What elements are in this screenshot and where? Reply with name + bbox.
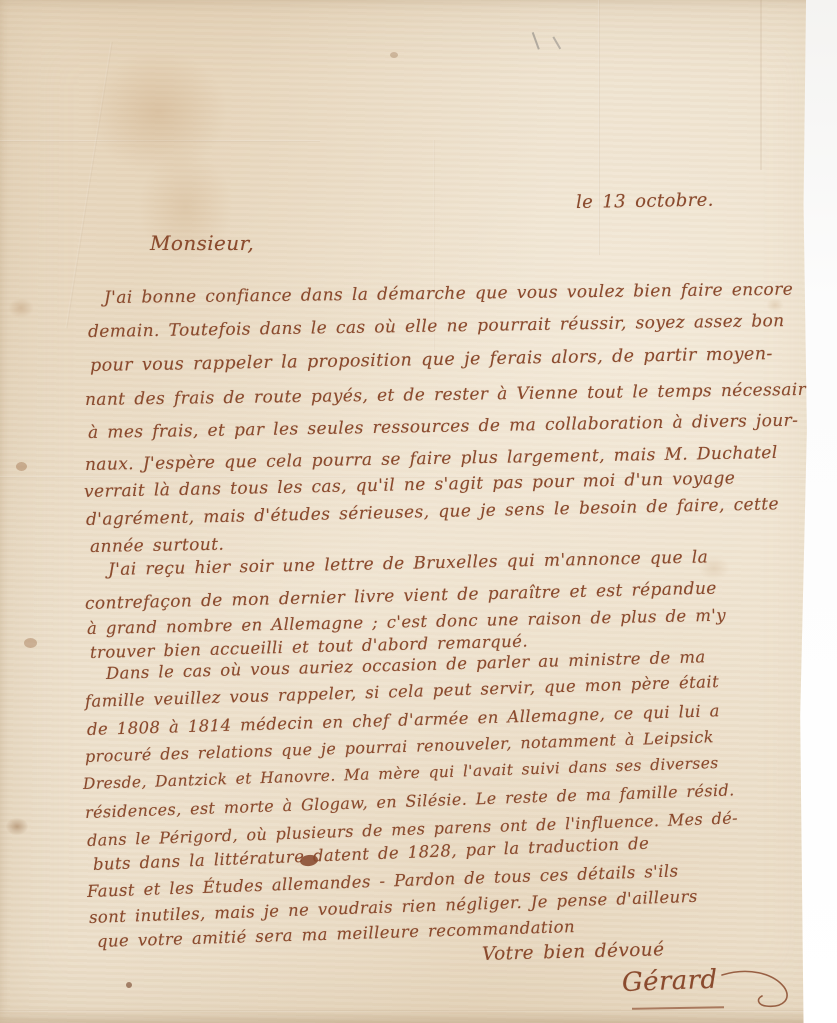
body-line: demain. Toutefois dans le cas où elle ne… <box>88 311 785 342</box>
fold-crease-horizontal-upper <box>0 140 320 142</box>
signature-underline-dash <box>632 1006 724 1009</box>
edge-crease-right <box>760 0 762 170</box>
body-line: J'ai bonne confiance dans la démarche qu… <box>104 280 793 308</box>
speck-top-center <box>390 52 398 58</box>
signature-flourish <box>718 965 813 1013</box>
fold-crease-vertical-top <box>598 0 600 255</box>
body-line: nant des frais de route payés, et de res… <box>85 380 817 410</box>
fox-spot-left-1 <box>8 298 34 318</box>
closing: Votre bien dévoué <box>482 939 665 965</box>
fox-spot-left-2 <box>16 462 27 471</box>
scanned-letter: le 13 octobre. Monsieur, J'ai bonne conf… <box>0 0 837 1023</box>
date-line: le 13 octobre. <box>576 190 714 213</box>
fox-spot-right <box>766 298 784 312</box>
stain-top-left <box>88 50 228 175</box>
ink-dot-bottom-left <box>126 982 132 988</box>
salutation: Monsieur, <box>150 231 254 255</box>
pencil-mark-top-right <box>532 32 540 49</box>
fold-crease-diagonal-topleft <box>65 42 112 329</box>
fox-spot-left-4 <box>6 818 28 835</box>
fold-crease-horizontal-bottom <box>0 1010 837 1012</box>
letter-page: le 13 octobre. Monsieur, J'ai bonne conf… <box>0 0 837 1023</box>
body-line: à mes frais, et par les seules ressource… <box>88 411 799 443</box>
signature: Gérard <box>621 965 718 998</box>
body-line: année surtout. <box>90 535 225 557</box>
fox-spot-left-3 <box>24 638 37 648</box>
pencil-mark-top-right-2 <box>553 36 561 49</box>
body-line: pour vous rappeler la proposition que je… <box>90 344 773 376</box>
